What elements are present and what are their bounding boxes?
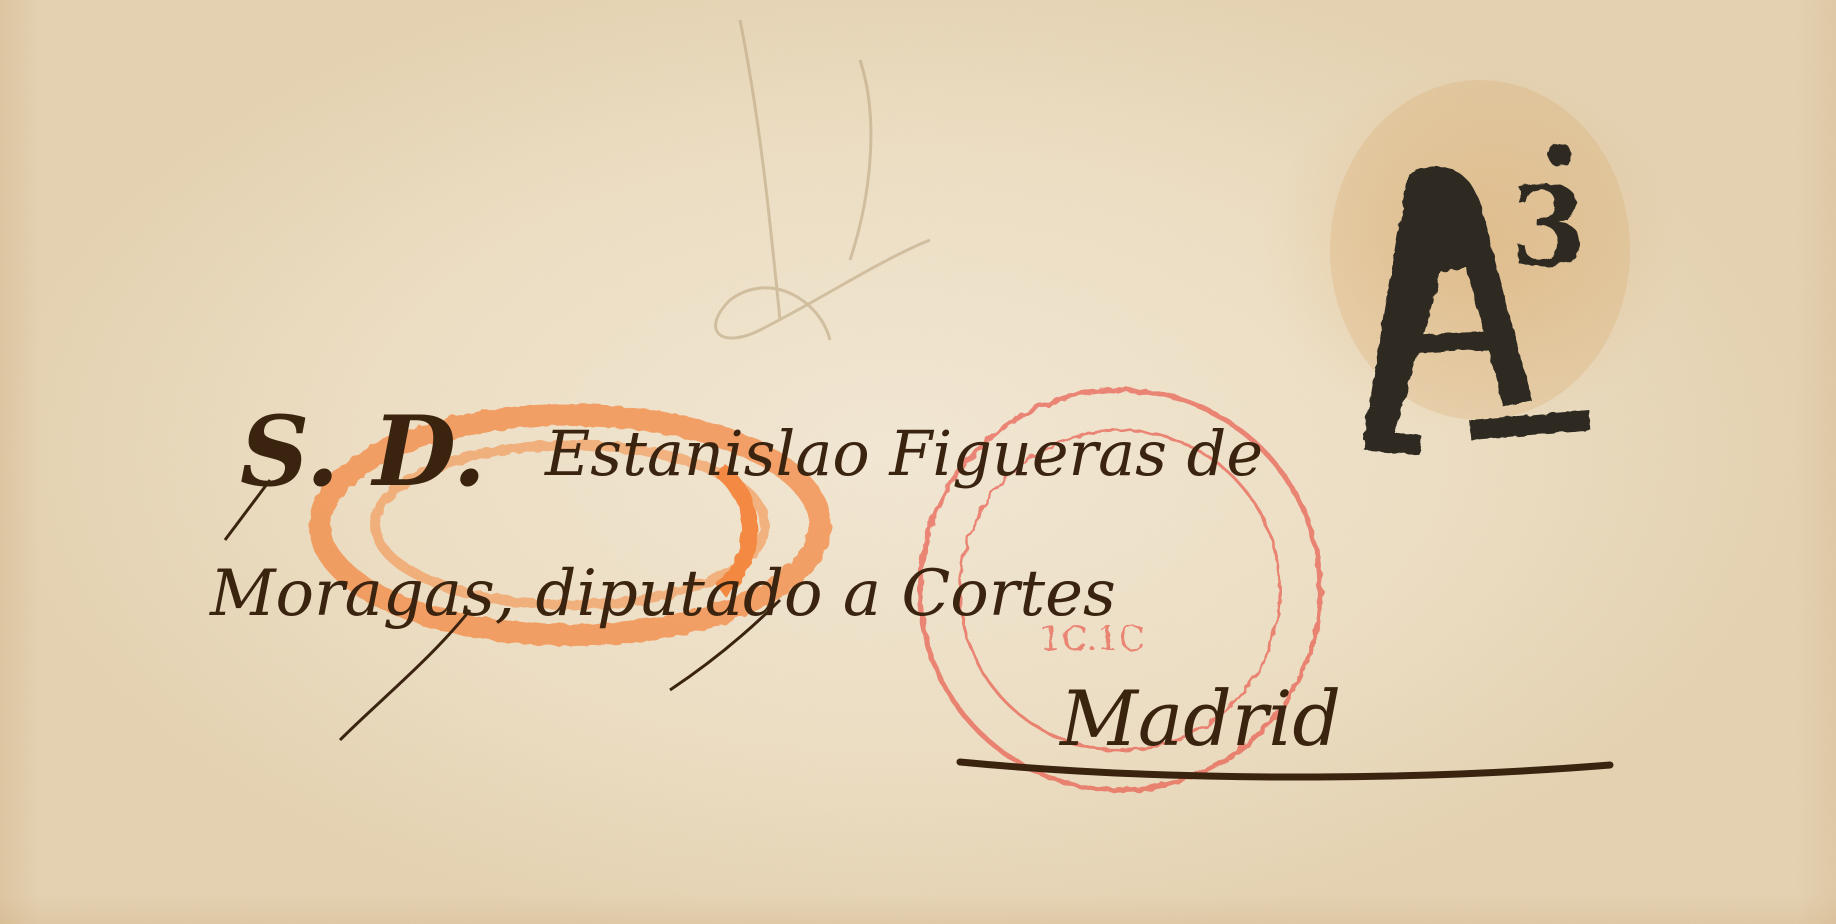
address-line-1: Estanislao Figueras de <box>544 417 1263 490</box>
cover-artwork: 1C.1C 3 S. D. Estanislao Figueras de Mor… <box>0 0 1836 924</box>
address-line-2: Moragas, diputado a Cortes <box>209 557 1116 631</box>
rate-mark-numeral: 3 <box>1510 162 1587 291</box>
salutation: S. D. <box>240 395 486 508</box>
address-line-3-destination: Madrid <box>1058 674 1341 763</box>
